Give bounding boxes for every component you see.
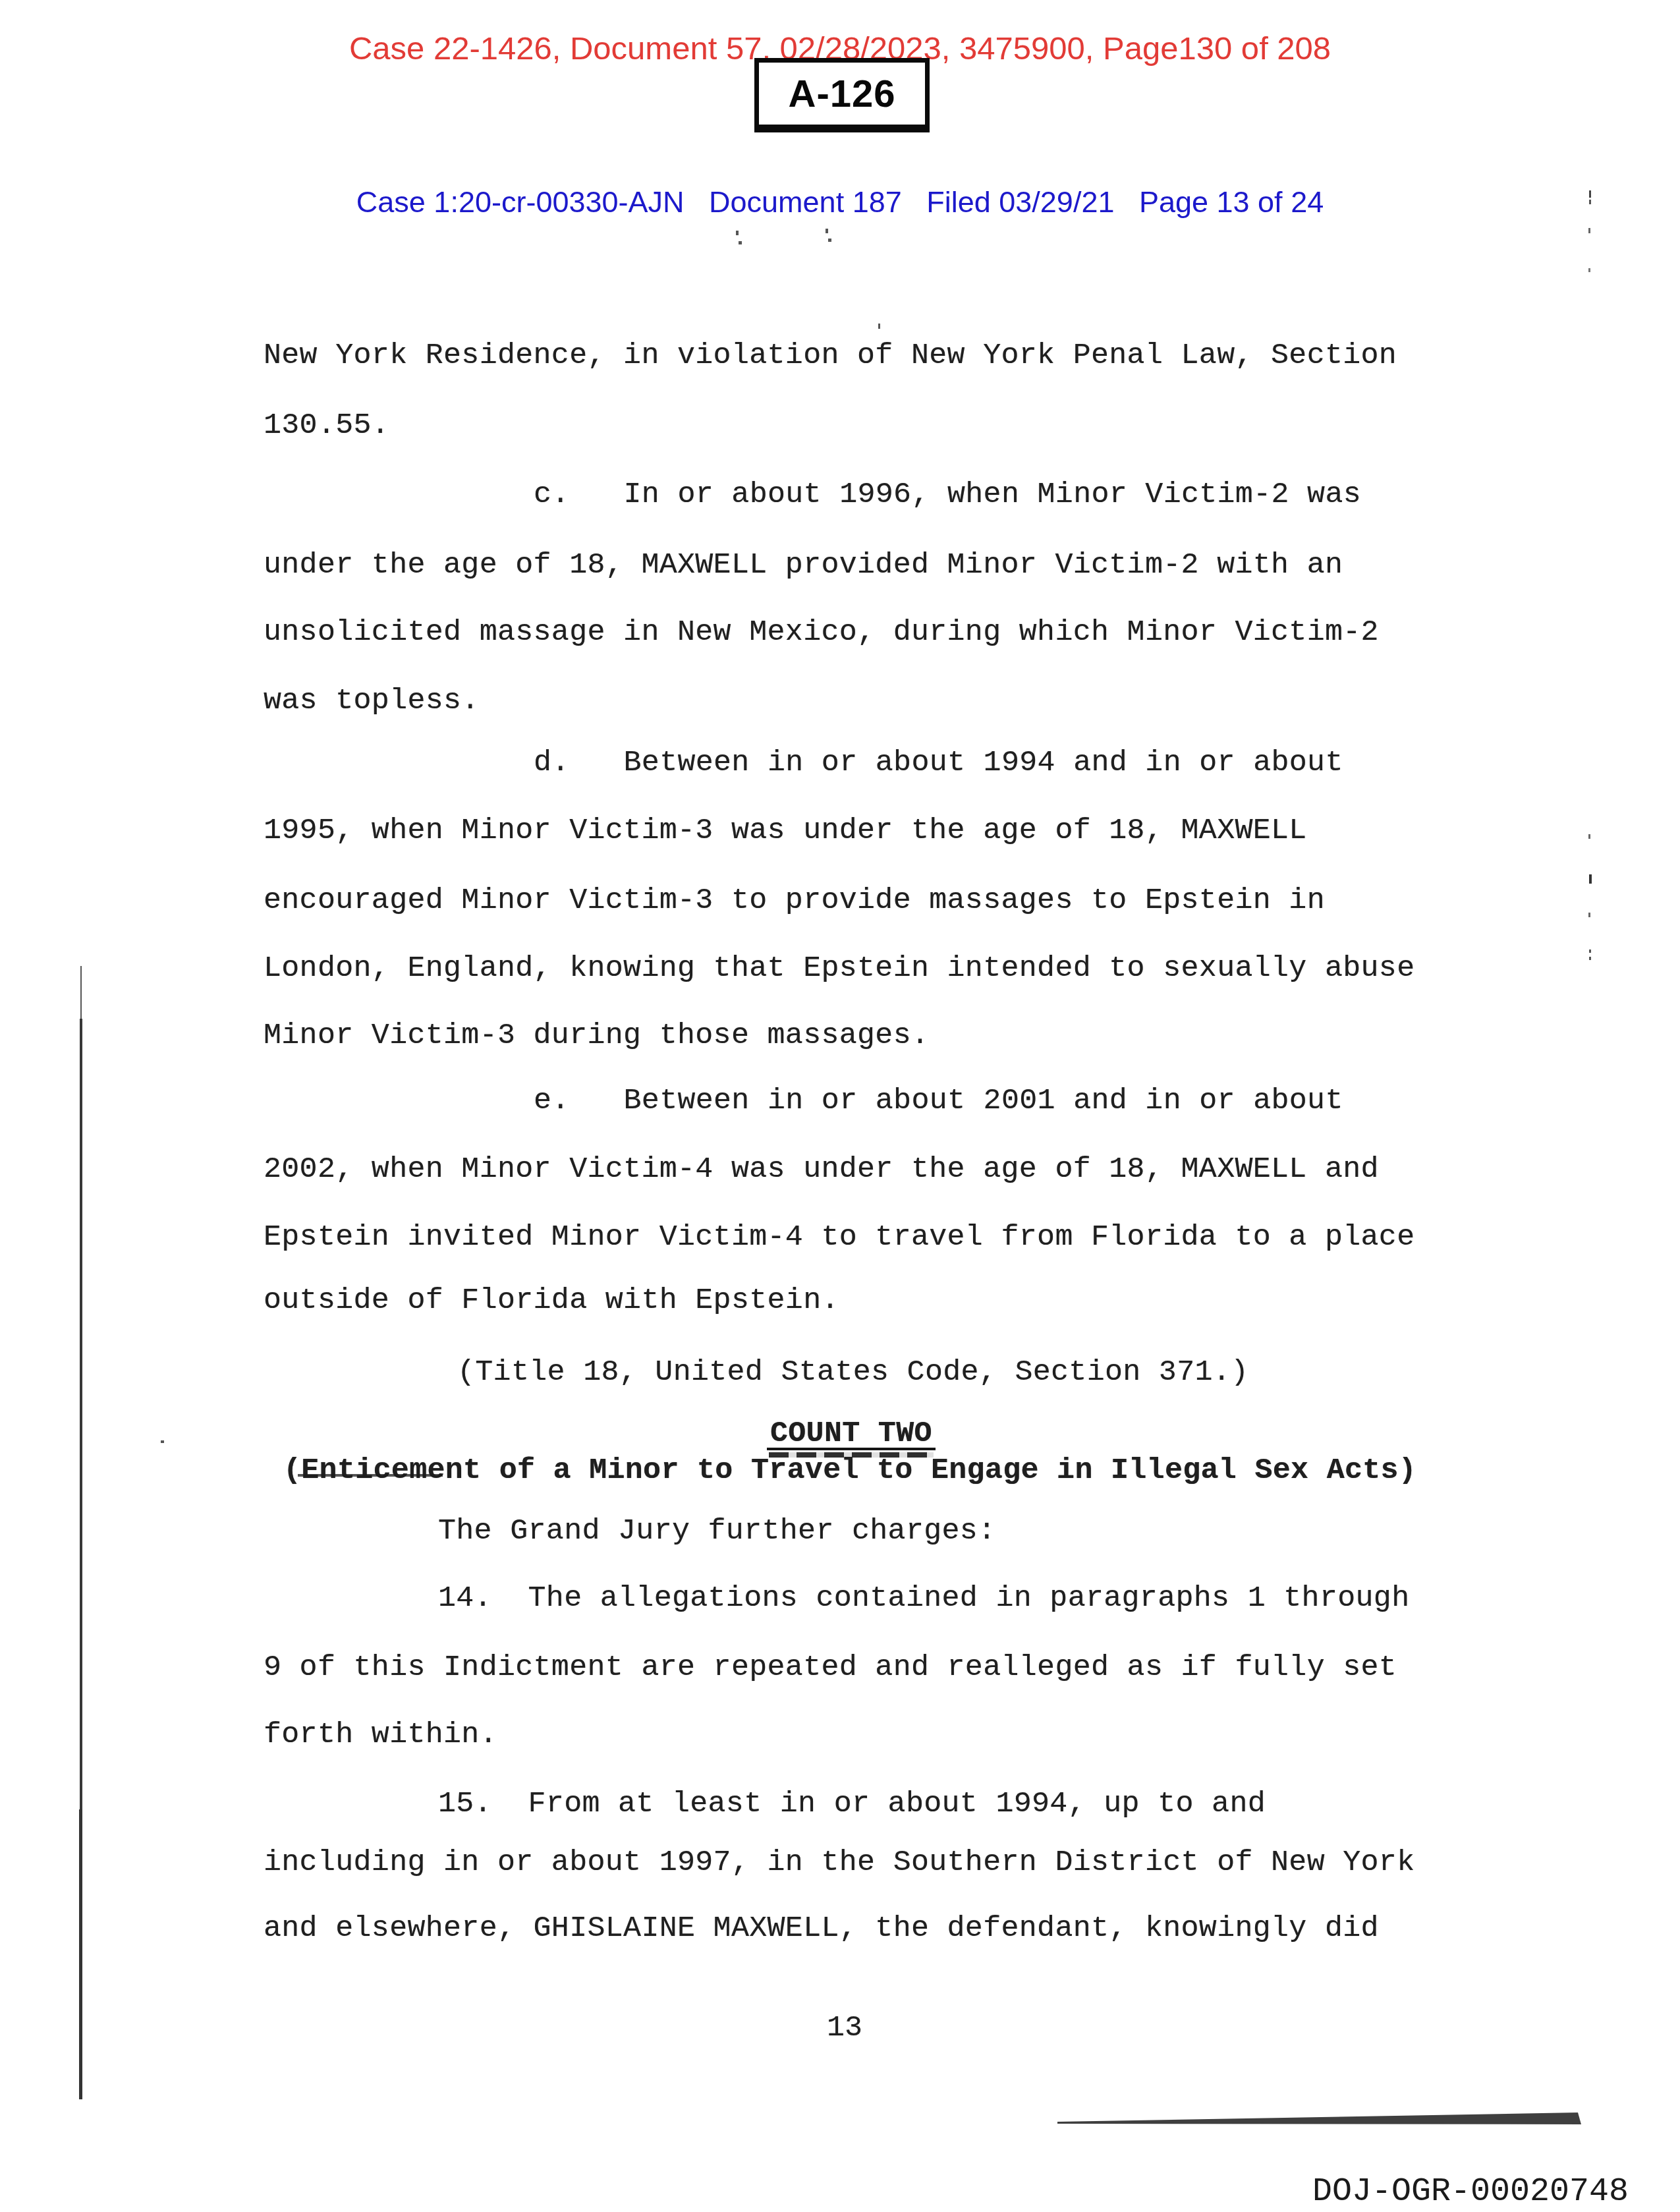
scan-speck [1589, 950, 1591, 953]
scan-strike-mark [298, 1474, 443, 1477]
scan-speck [161, 1440, 164, 1443]
document-line: under the age of 18, MAXWELL provided Mi… [264, 548, 1343, 582]
document-line: including in or about 1997, in the South… [264, 1846, 1414, 1880]
document-line: Epstein invited Minor Victim-4 to travel… [264, 1220, 1414, 1255]
document-line: 14. The allegations contained in paragra… [438, 1581, 1409, 1616]
document-line: encouraged Minor Victim-3 to provide mas… [264, 884, 1325, 918]
scan-speck [1589, 200, 1591, 204]
document-line: (Title 18, United States Code, Section 3… [457, 1355, 1248, 1390]
scan-speck [739, 241, 742, 244]
bates-number: DOJ-OGR-00020748 [1312, 2173, 1629, 2211]
left-margin-scan-line [80, 966, 82, 1020]
count-two-underline-smudge [769, 1452, 934, 1458]
left-margin-scan-line [80, 1019, 82, 1809]
document-line: Minor Victim-3 during those massages. [264, 1019, 929, 1053]
district-court-filing-header: Case 1:20-cr-00330-AJN Document 187 File… [356, 187, 1324, 217]
document-line: c. In or about 1996, when Minor Victim-2… [534, 478, 1361, 512]
document-line: London, England, knowing that Epstein in… [264, 951, 1414, 986]
scan-speck [826, 229, 828, 233]
document-line: 130.55. [264, 409, 389, 443]
document-line: unsolicited massage in New Mexico, durin… [264, 615, 1379, 650]
scan-speck [878, 324, 880, 329]
document-line: 15. From at least in or about 1994, up t… [438, 1787, 1266, 1821]
left-margin-scan-line [79, 1809, 82, 2099]
document-line: was topless. [264, 684, 480, 718]
appendix-page-stamp-box: A-126 [754, 58, 930, 132]
scan-speck [1589, 874, 1592, 884]
bottom-scan-line [1054, 2107, 1588, 2134]
scan-speck [1588, 228, 1590, 233]
document-line: 1995, when Minor Victim-3 was under the … [264, 814, 1307, 848]
scan-speck [1588, 913, 1590, 917]
document-line: (Enticement of a Minor to Travel to Enga… [283, 1454, 1416, 1488]
document-line: The Grand Jury further charges: [438, 1514, 995, 1548]
document-line: 9 of this Indictment are repeated and re… [264, 1651, 1397, 1685]
appendix-page-stamp-label: A-126 [789, 72, 896, 116]
document-line: e. Between in or about 2001 and in or ab… [534, 1084, 1343, 1118]
scan-speck [736, 231, 739, 235]
page-number: 13 [827, 2011, 862, 2045]
document-line: forth within. [264, 1718, 497, 1752]
scan-speck [828, 239, 831, 242]
scan-speck [1588, 834, 1590, 839]
scanned-court-document-page: Case 22-1426, Document 57, 02/28/2023, 3… [0, 0, 1680, 2212]
scan-speck [1589, 957, 1591, 960]
document-line: and elsewhere, GHISLAINE MAXWELL, the de… [264, 1912, 1379, 1946]
document-line: 2002, when Minor Victim-4 was under the … [264, 1152, 1379, 1187]
document-line: outside of Florida with Epstein. [264, 1284, 839, 1318]
scan-speck [1589, 190, 1591, 198]
scan-speck [1588, 268, 1590, 272]
document-line: COUNT TWO [770, 1417, 932, 1451]
document-line: d. Between in or about 1994 and in or ab… [534, 746, 1343, 780]
document-line: New York Residence, in violation of New … [264, 339, 1397, 373]
count-two-underline [767, 1448, 936, 1450]
